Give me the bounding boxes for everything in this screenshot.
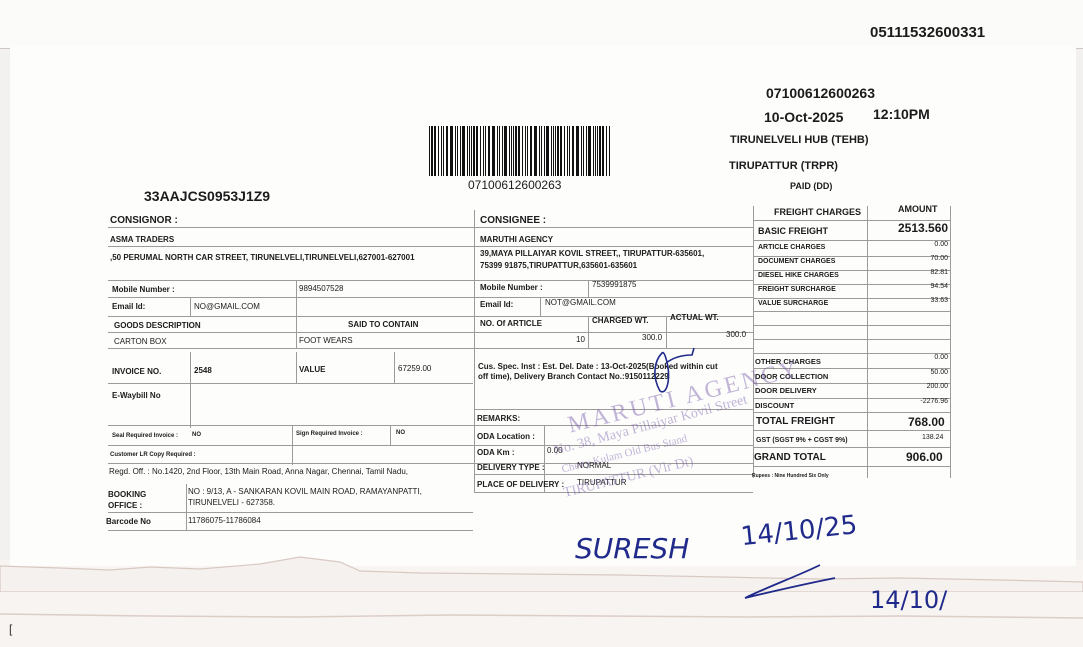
consignor-email: NO@GMAIL.COM bbox=[194, 302, 260, 311]
basic-freight-label: BASIC FREIGHT bbox=[758, 226, 828, 236]
consignor-email-label: Email Id: bbox=[112, 302, 145, 311]
barcode-range: 11786075-11786084 bbox=[188, 516, 261, 525]
value-amount: 67259.00 bbox=[398, 364, 431, 373]
seal-required-value: NO bbox=[192, 432, 201, 438]
consignor-mobile-label: Mobile Number : bbox=[112, 285, 175, 294]
charge-value: 0.00 bbox=[900, 241, 948, 248]
invoice-value: 2548 bbox=[194, 366, 212, 375]
said-to-contain-value: FOOT WEARS bbox=[299, 336, 353, 345]
consignor-name: ASMA TRADERS bbox=[110, 235, 174, 244]
registered-office: Regd. Off. : No.1420, 2nd Floor, 13th Ma… bbox=[109, 467, 408, 476]
consignee-mobile: 7539991875 bbox=[592, 280, 637, 289]
consignee-heading: CONSIGNEE : bbox=[480, 215, 546, 226]
booking-office-line1: NO : 9/13, A - SANKARAN KOVIL MAIN ROAD,… bbox=[188, 487, 422, 496]
destination: TIRUPATTUR (TRPR) bbox=[729, 160, 838, 172]
special-instructions-line1: Cus. Spec. Inst : Est. Del. Date : 13-Oc… bbox=[478, 362, 718, 371]
freight-charges-heading: FREIGHT CHARGES bbox=[774, 207, 861, 217]
actual-weight-label: ACTUAL WT. bbox=[670, 313, 719, 322]
charge-label: DOCUMENT CHARGES bbox=[758, 258, 835, 265]
ewaybill-label: E-Waybill No bbox=[112, 391, 161, 400]
charge-label: DIESEL HIKE CHARGES bbox=[758, 272, 839, 279]
barcode-no-label: Barcode No bbox=[106, 517, 151, 526]
charge-value: 0.00 bbox=[896, 354, 948, 361]
torn-edge-lower bbox=[0, 608, 1083, 638]
value-label: VALUE bbox=[299, 365, 326, 374]
charge-label: FREIGHT SURCHARGE bbox=[758, 286, 836, 293]
seal-required-label: Seal Required Invoice : bbox=[112, 433, 178, 439]
gst-label: GST (SGST 9% + CGST 9%) bbox=[756, 437, 848, 444]
delivery-type-label: DELIVERY TYPE : bbox=[477, 463, 545, 472]
charged-weight-label: CHARGED WT. bbox=[592, 316, 648, 325]
booking-office-line2: TIRUNELVELI - 627358. bbox=[188, 498, 275, 507]
edge-mark: [ bbox=[9, 622, 12, 636]
invoice-label: INVOICE NO. bbox=[112, 367, 161, 376]
origin-hub: TIRUNELVELI HUB (TEHB) bbox=[730, 134, 869, 146]
consignee-name: MARUTHI AGENCY bbox=[480, 235, 553, 244]
consignee-email-label: Email Id: bbox=[480, 300, 513, 309]
consignee-mobile-label: Mobile Number : bbox=[480, 283, 543, 292]
charge-value: -2276.96 bbox=[896, 398, 948, 405]
total-freight-label: TOTAL FREIGHT bbox=[756, 416, 835, 427]
special-instructions-line2: off time), Delivery Branch Contact No.:9… bbox=[478, 372, 669, 381]
consignor-heading: CONSIGNOR : bbox=[110, 215, 178, 226]
consignee-address-line2: 75399 91875,TIRUPATTUR,635601-635601 bbox=[480, 261, 637, 270]
torn-edge bbox=[0, 556, 1083, 592]
previous-lr-number: 05111532600331 bbox=[870, 24, 985, 41]
basic-freight-value: 2513.560 bbox=[898, 221, 948, 235]
total-freight-value: 768.00 bbox=[908, 415, 945, 429]
goods-description-value: CARTON BOX bbox=[114, 337, 167, 346]
oda-location-label: ODA Location : bbox=[477, 432, 535, 441]
gst-value: 138.24 bbox=[922, 434, 943, 441]
charged-weight-value: 300.0 bbox=[642, 333, 662, 342]
charge-label: ARTICLE CHARGES bbox=[758, 244, 825, 251]
charge-value: 50.00 bbox=[896, 369, 948, 376]
lr-barcode bbox=[429, 126, 610, 176]
charge-value: 82.81 bbox=[900, 269, 948, 276]
actual-weight-value: 300.0 bbox=[726, 330, 746, 339]
booking-office-label-2: OFFICE : bbox=[108, 501, 142, 510]
booking-office-label-1: BOOKING bbox=[108, 490, 146, 499]
place-of-delivery-label: PLACE OF DELIVERY : bbox=[477, 480, 564, 489]
consignee-email: NOT@GMAIL.COM bbox=[545, 298, 616, 307]
payment-mode: PAID (DD) bbox=[790, 181, 832, 191]
gstin: 33AAJCS0953J1Z9 bbox=[144, 188, 270, 204]
goods-description-label: GOODS DESCRIPTION bbox=[114, 321, 201, 330]
lr-number: 07100612600263 bbox=[766, 85, 875, 101]
consignor-mobile: 9894507528 bbox=[299, 284, 344, 293]
charge-label: DISCOUNT bbox=[755, 401, 794, 410]
charge-value: 94.54 bbox=[900, 283, 948, 290]
grand-total-label: GRAND TOTAL bbox=[754, 452, 826, 463]
charge-value: 70.00 bbox=[900, 255, 948, 262]
oda-km-label: ODA Km : bbox=[477, 448, 514, 457]
charge-label: VALUE SURCHARGE bbox=[758, 300, 828, 307]
sign-required-value: NO bbox=[396, 430, 405, 436]
articles-label: NO. Of ARTICLE bbox=[480, 319, 542, 328]
barcode-number: 07100612600263 bbox=[468, 178, 561, 192]
sign-required-label: Sign Required Invoice : bbox=[296, 431, 363, 437]
articles-value: 10 bbox=[576, 335, 585, 344]
grand-total-value: 906.00 bbox=[906, 450, 943, 464]
consignor-address: ,50 PERUMAL NORTH CAR STREET, TIRUNELVEL… bbox=[110, 253, 415, 262]
charge-value: 33.63 bbox=[900, 297, 948, 304]
said-to-contain-label: SAID TO CONTAIN bbox=[348, 320, 418, 329]
charge-value: 200.00 bbox=[896, 383, 948, 390]
consignee-address-line1: 39,MAYA PILLAIYAR KOVIL STREET,, TIRUPAT… bbox=[480, 249, 704, 258]
booking-date: 10-Oct-2025 bbox=[764, 109, 843, 125]
amount-in-words: Rupees : Nine Hundred Six Only bbox=[752, 473, 829, 479]
customer-lr-copy-label: Customer LR Copy Required : bbox=[110, 452, 196, 458]
remarks-label: REMARKS: bbox=[477, 414, 520, 423]
booking-time: 12:10PM bbox=[873, 106, 930, 122]
amount-heading: AMOUNT bbox=[898, 204, 938, 214]
